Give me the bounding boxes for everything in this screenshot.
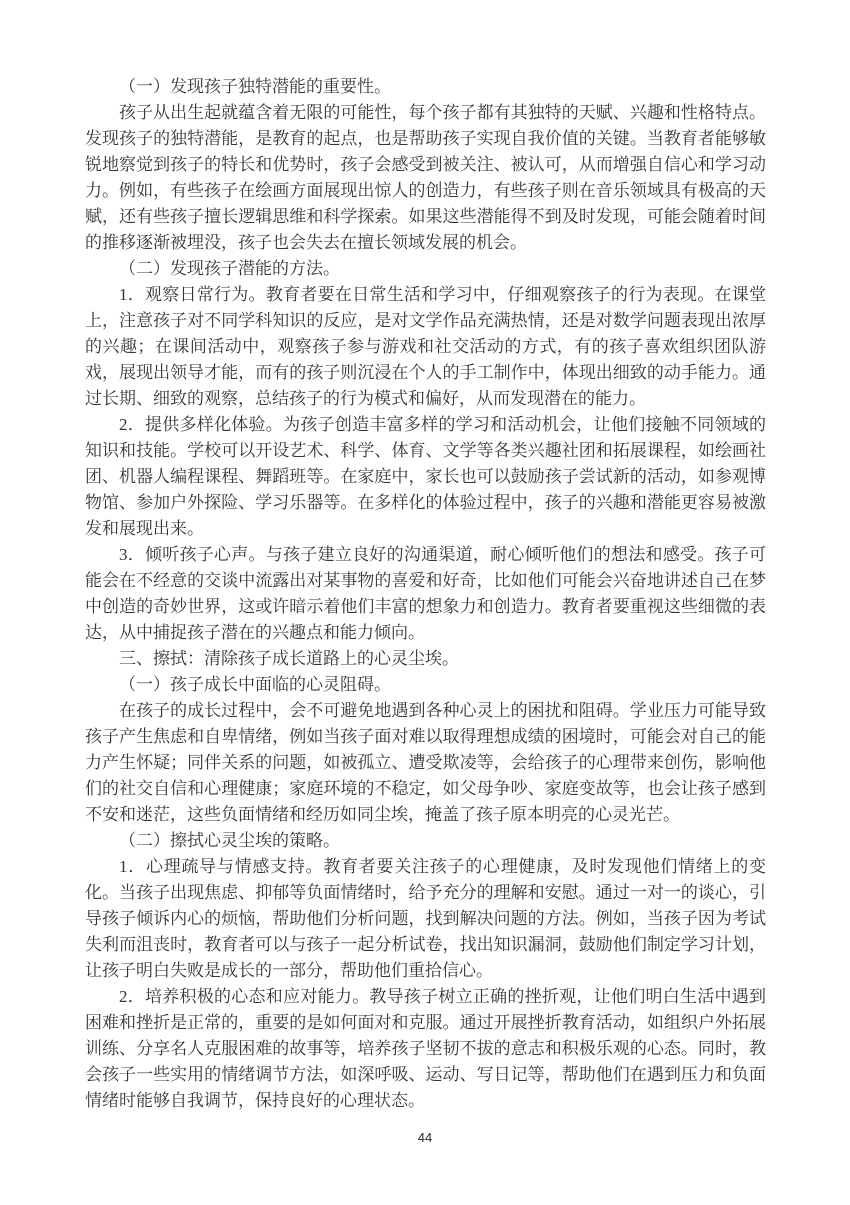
- page-number: 44: [0, 1130, 850, 1145]
- paragraph-psychological-support: 1．心理疏导与情感支持。教育者要关注孩子的心理健康，及时发现他们情绪上的变化。当…: [85, 854, 766, 984]
- paragraph-potential-importance: 孩子从出生起就蕴含着无限的可能性，每个孩子都有其独特的天赋、兴趣和性格特点。发现…: [85, 100, 766, 256]
- document-page: （一）发现孩子独特潜能的重要性。 孩子从出生起就蕴含着无限的可能性，每个孩子都有…: [0, 0, 850, 1205]
- heading-section-three-wiping-mental-dust: 三、擦拭：清除孩子成长道路上的心灵尘埃。: [85, 646, 766, 672]
- paragraph-positive-mindset: 2．培养积极的心态和应对能力。教导孩子树立正确的挫折观，让他们明白生活中遇到困难…: [85, 984, 766, 1114]
- paragraph-listen-to-child: 3．倾听孩子心声。与孩子建立良好的沟通渠道，耐心倾听他们的想法和感受。孩子可能会…: [85, 542, 766, 646]
- heading-mental-obstacles: （一）孩子成长中面临的心灵阻碍。: [85, 672, 766, 698]
- paragraph-observe-daily-behavior: 1．观察日常行为。教育者要在日常生活和学习中，仔细观察孩子的行为表现。在课堂上，…: [85, 282, 766, 412]
- document-body: （一）发现孩子独特潜能的重要性。 孩子从出生起就蕴含着无限的可能性，每个孩子都有…: [85, 74, 766, 1114]
- heading-methods-of-discovering-potential: （二）发现孩子潜能的方法。: [85, 256, 766, 282]
- heading-importance-of-discovering-potential: （一）发现孩子独特潜能的重要性。: [85, 74, 766, 100]
- heading-strategies-wiping-dust: （二）擦拭心灵尘埃的策略。: [85, 828, 766, 854]
- paragraph-provide-diverse-experiences: 2．提供多样化体验。为孩子创造丰富多样的学习和活动机会，让他们接触不同领域的知识…: [85, 412, 766, 542]
- paragraph-mental-obstacles-detail: 在孩子的成长过程中，会不可避免地遇到各种心灵上的困扰和阻碍。学业压力可能导致孩子…: [85, 698, 766, 828]
